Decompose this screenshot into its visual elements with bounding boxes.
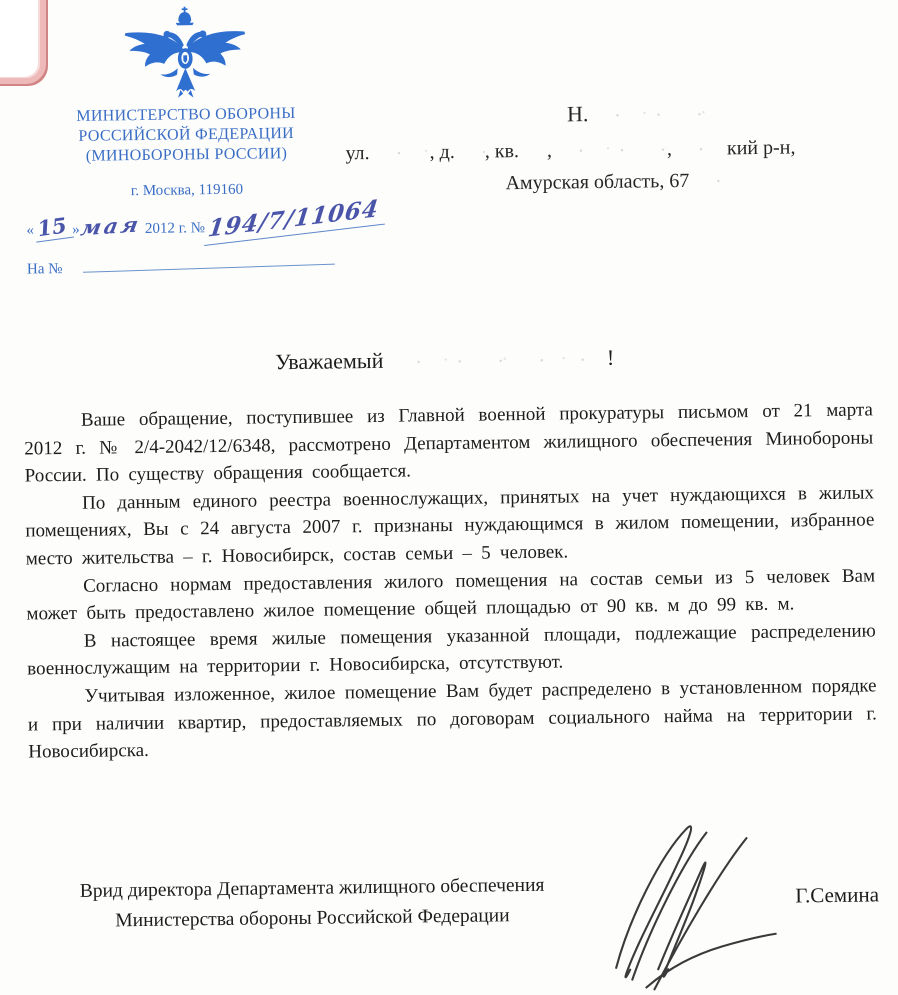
letterhead-block: МИНИСТЕРСТВО ОБОРОНЫ РОССИЙСКОЙ ФЕДЕРАЦИ…	[18, 3, 356, 278]
handwritten-month: мая	[79, 211, 144, 240]
signature-autograph-icon	[600, 817, 802, 992]
date-and-number-line: «15»мая2012 г. №194/7/11064	[20, 209, 354, 251]
signer-name: Г.Семина	[795, 882, 879, 908]
letter-content: МИНИСТЕРСТВО ОБОРОНЫ РОССИЙСКОЙ ФЕДЕРАЦИ…	[0, 0, 898, 995]
letterhead-city-postcode: г. Москва, 119160	[20, 180, 354, 201]
handwritten-outgoing-number: 194/7/11064	[204, 194, 388, 246]
apartment-label: , кв.	[485, 140, 519, 162]
signer-position: Врид директора Департамента жилищного об…	[31, 870, 594, 937]
salutation-exclamation: !	[607, 345, 615, 370]
quote-open: «	[26, 222, 34, 238]
body-paragraph-5: Учитывая изложенное, жилое помещение Вам…	[27, 672, 877, 766]
district-fragment: кий р-н,	[727, 136, 796, 159]
recipient-address-block: Н. ул., д., кв.,,кий р-н, Амурская облас…	[345, 94, 894, 201]
redacted-settlement	[552, 142, 667, 157]
ministry-emblem-eagle-icon	[121, 5, 250, 103]
redacted-apartment-number	[519, 144, 547, 157]
body-paragraph-2: По данным единого реестра военнослужащих…	[25, 479, 875, 573]
redacted-district-prefix	[672, 141, 727, 155]
recipient-name-visible: Н.	[567, 101, 589, 126]
street-label: ул.	[345, 142, 369, 164]
reply-reference-line: На №	[21, 255, 355, 278]
redacted-recipient-name	[588, 106, 718, 121]
scanned-letter-page: МИНИСТЕРСТВО ОБОРОНЫ РОССИЙСКОЙ ФЕДЕРАЦИ…	[0, 0, 898, 995]
ministry-name-line3: (МИНОБОРОНЫ РОССИИ)	[19, 143, 353, 167]
salutation-greeting: Уважаемый	[275, 348, 383, 374]
salutation-line: Уважаемый !	[0, 341, 896, 379]
recipient-region-line: Амурская область, 67	[346, 163, 894, 201]
house-label: , д.	[429, 141, 454, 163]
signer-position-line2: Министерства обороны Российской Федераци…	[31, 900, 593, 937]
recipient-name-line: Н.	[345, 94, 893, 132]
printed-year-number-label: 2012 г. №	[145, 220, 205, 237]
body-paragraph-1: Ваше обращение, поступившее из Главной в…	[24, 396, 874, 490]
reply-ref-label: На №	[27, 261, 63, 277]
reply-ref-blank-line	[82, 251, 334, 273]
region-postcode-visible: Амурская область, 67	[505, 170, 689, 194]
letter-body: Ваше обращение, поступившее из Главной в…	[24, 396, 878, 766]
redacted-house-number	[455, 145, 485, 158]
redacted-street-name	[370, 145, 430, 159]
redacted-postcode-tail	[689, 173, 734, 187]
handwritten-day: 15	[32, 212, 73, 243]
signature-section: Врид директора Департамента жилищного об…	[4, 810, 898, 995]
ministry-name: МИНИСТЕРСТВО ОБОРОНЫ РОССИЙСКОЙ ФЕДЕРАЦИ…	[19, 103, 354, 167]
redacted-addressee-name	[389, 352, 607, 368]
